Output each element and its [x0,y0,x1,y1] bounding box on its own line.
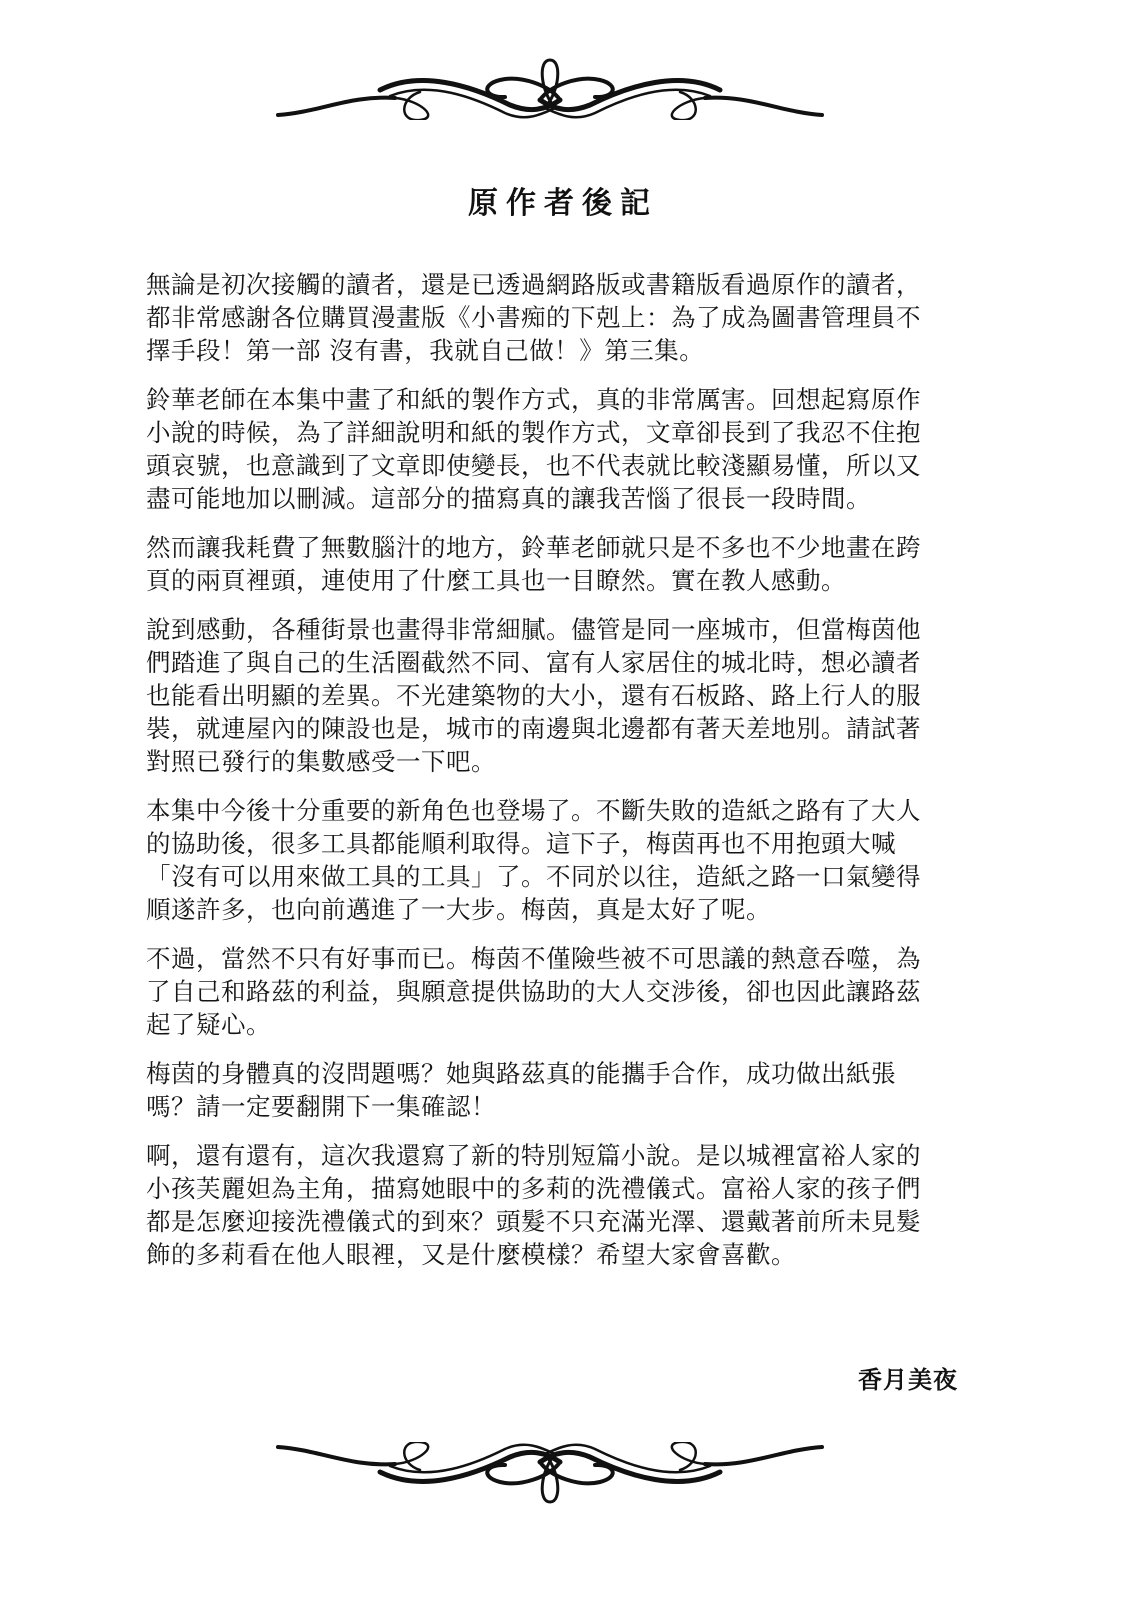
text-line: 了自己和路茲的利益，與願意提供協助的大人交涉後，卻也因此讓路茲 [146,975,966,1008]
paragraph: 不過，當然不只有好事而已。梅茵不僅險些被不可思議的熱意吞噬，為 了自己和路茲的利… [146,942,966,1041]
paragraph: 無論是初次接觸的讀者，還是已透過網路版或書籍版看過原作的讀者， 都非常感謝各位購… [146,268,966,367]
text-line: 嗎？請一定要翻開下一集確認！ [146,1090,966,1123]
text-line: 盡可能地加以刪減。這部分的描寫真的讓我苦惱了很長一段時間。 [146,482,966,515]
text-line: 小說的時候，為了詳細說明和紙的製作方式，文章卻長到了我忍不住抱 [146,416,966,449]
text-line: 裝，就連屋內的陳設也是，城市的南邊與北邊都有著天差地別。請試著 [146,712,966,745]
text-line: 的協助後，很多工具都能順利取得。這下子，梅茵再也不用抱頭大喊 [146,827,966,860]
paragraph: 本集中今後十分重要的新角色也登場了。不斷失敗的造紙之路有了大人 的協助後，很多工… [146,794,966,926]
text-line: 頁的兩頁裡頭，連使用了什麼工具也一目瞭然。實在教人感動。 [146,564,966,597]
text-line: 小孩芙麗妲為主角，描寫她眼中的多莉的洗禮儀式。富裕人家的孩子們 [146,1172,966,1205]
text-line: 不過，當然不只有好事而已。梅茵不僅險些被不可思議的熱意吞噬，為 [146,942,966,975]
text-line: 對照已發行的集數感受一下吧。 [146,745,966,778]
text-line: 飾的多莉看在他人眼裡，又是什麼模樣？希望大家會喜歡。 [146,1238,966,1271]
page-title: 原作者後記 [0,178,1126,222]
text-line: 都非常感謝各位購買漫畫版《小書痴的下剋上：為了成為圖書管理員不 [146,301,966,334]
flourish-divider-bottom-icon [270,1442,830,1522]
text-line: 頭哀號，也意識到了文章即使變長，也不代表就比較淺顯易懂，所以又 [146,449,966,482]
flourish-divider-top-icon [270,40,830,120]
text-line: 本集中今後十分重要的新角色也登場了。不斷失敗的造紙之路有了大人 [146,794,966,827]
text-line: 們踏進了與自己的生活圈截然不同、富有人家居住的城北時，想必讀者 [146,646,966,679]
text-line: 起了疑心。 [146,1008,966,1041]
text-line: 都是怎麼迎接洗禮儀式的到來？頭髮不只充滿光澤、還戴著前所未見髮 [146,1205,966,1238]
text-line: 然而讓我耗費了無數腦汁的地方，鈴華老師就只是不多也不少地畫在跨 [146,531,966,564]
text-line: 「沒有可以用來做工具的工具」了。不同於以往，造紙之路一口氣變得 [146,860,966,893]
paragraph: 梅茵的身體真的沒問題嗎？她與路茲真的能攜手合作，成功做出紙張 嗎？請一定要翻開下… [146,1057,966,1123]
text-line: 鈴華老師在本集中畫了和紙的製作方式，真的非常厲害。回想起寫原作 [146,383,966,416]
text-line: 擇手段！第一部 沒有書，我就自己做！》第三集。 [146,334,966,367]
text-line: 啊，還有還有，這次我還寫了新的特別短篇小說。是以城裡富裕人家的 [146,1139,966,1172]
text-line: 說到感動，各種街景也畫得非常細膩。儘管是同一座城市，但當梅茵他 [146,613,966,646]
text-line: 順遂許多，也向前邁進了一大步。梅茵，真是太好了呢。 [146,893,966,926]
author-signature: 香月美夜 [858,1360,958,1395]
paragraph: 啊，還有還有，這次我還寫了新的特別短篇小說。是以城裡富裕人家的 小孩芙麗妲為主角… [146,1139,966,1271]
text-line: 梅茵的身體真的沒問題嗎？她與路茲真的能攜手合作，成功做出紙張 [146,1057,966,1090]
text-line: 無論是初次接觸的讀者，還是已透過網路版或書籍版看過原作的讀者， [146,268,966,301]
paragraph: 說到感動，各種街景也畫得非常細膩。儘管是同一座城市，但當梅茵他 們踏進了與自己的… [146,613,966,778]
afterword-body: 無論是初次接觸的讀者，還是已透過網路版或書籍版看過原作的讀者， 都非常感謝各位購… [146,268,966,1287]
paragraph: 鈴華老師在本集中畫了和紙的製作方式，真的非常厲害。回想起寫原作 小說的時候，為了… [146,383,966,515]
text-line: 也能看出明顯的差異。不光建築物的大小，還有石板路、路上行人的服 [146,679,966,712]
paragraph: 然而讓我耗費了無數腦汁的地方，鈴華老師就只是不多也不少地畫在跨 頁的兩頁裡頭，連… [146,531,966,597]
